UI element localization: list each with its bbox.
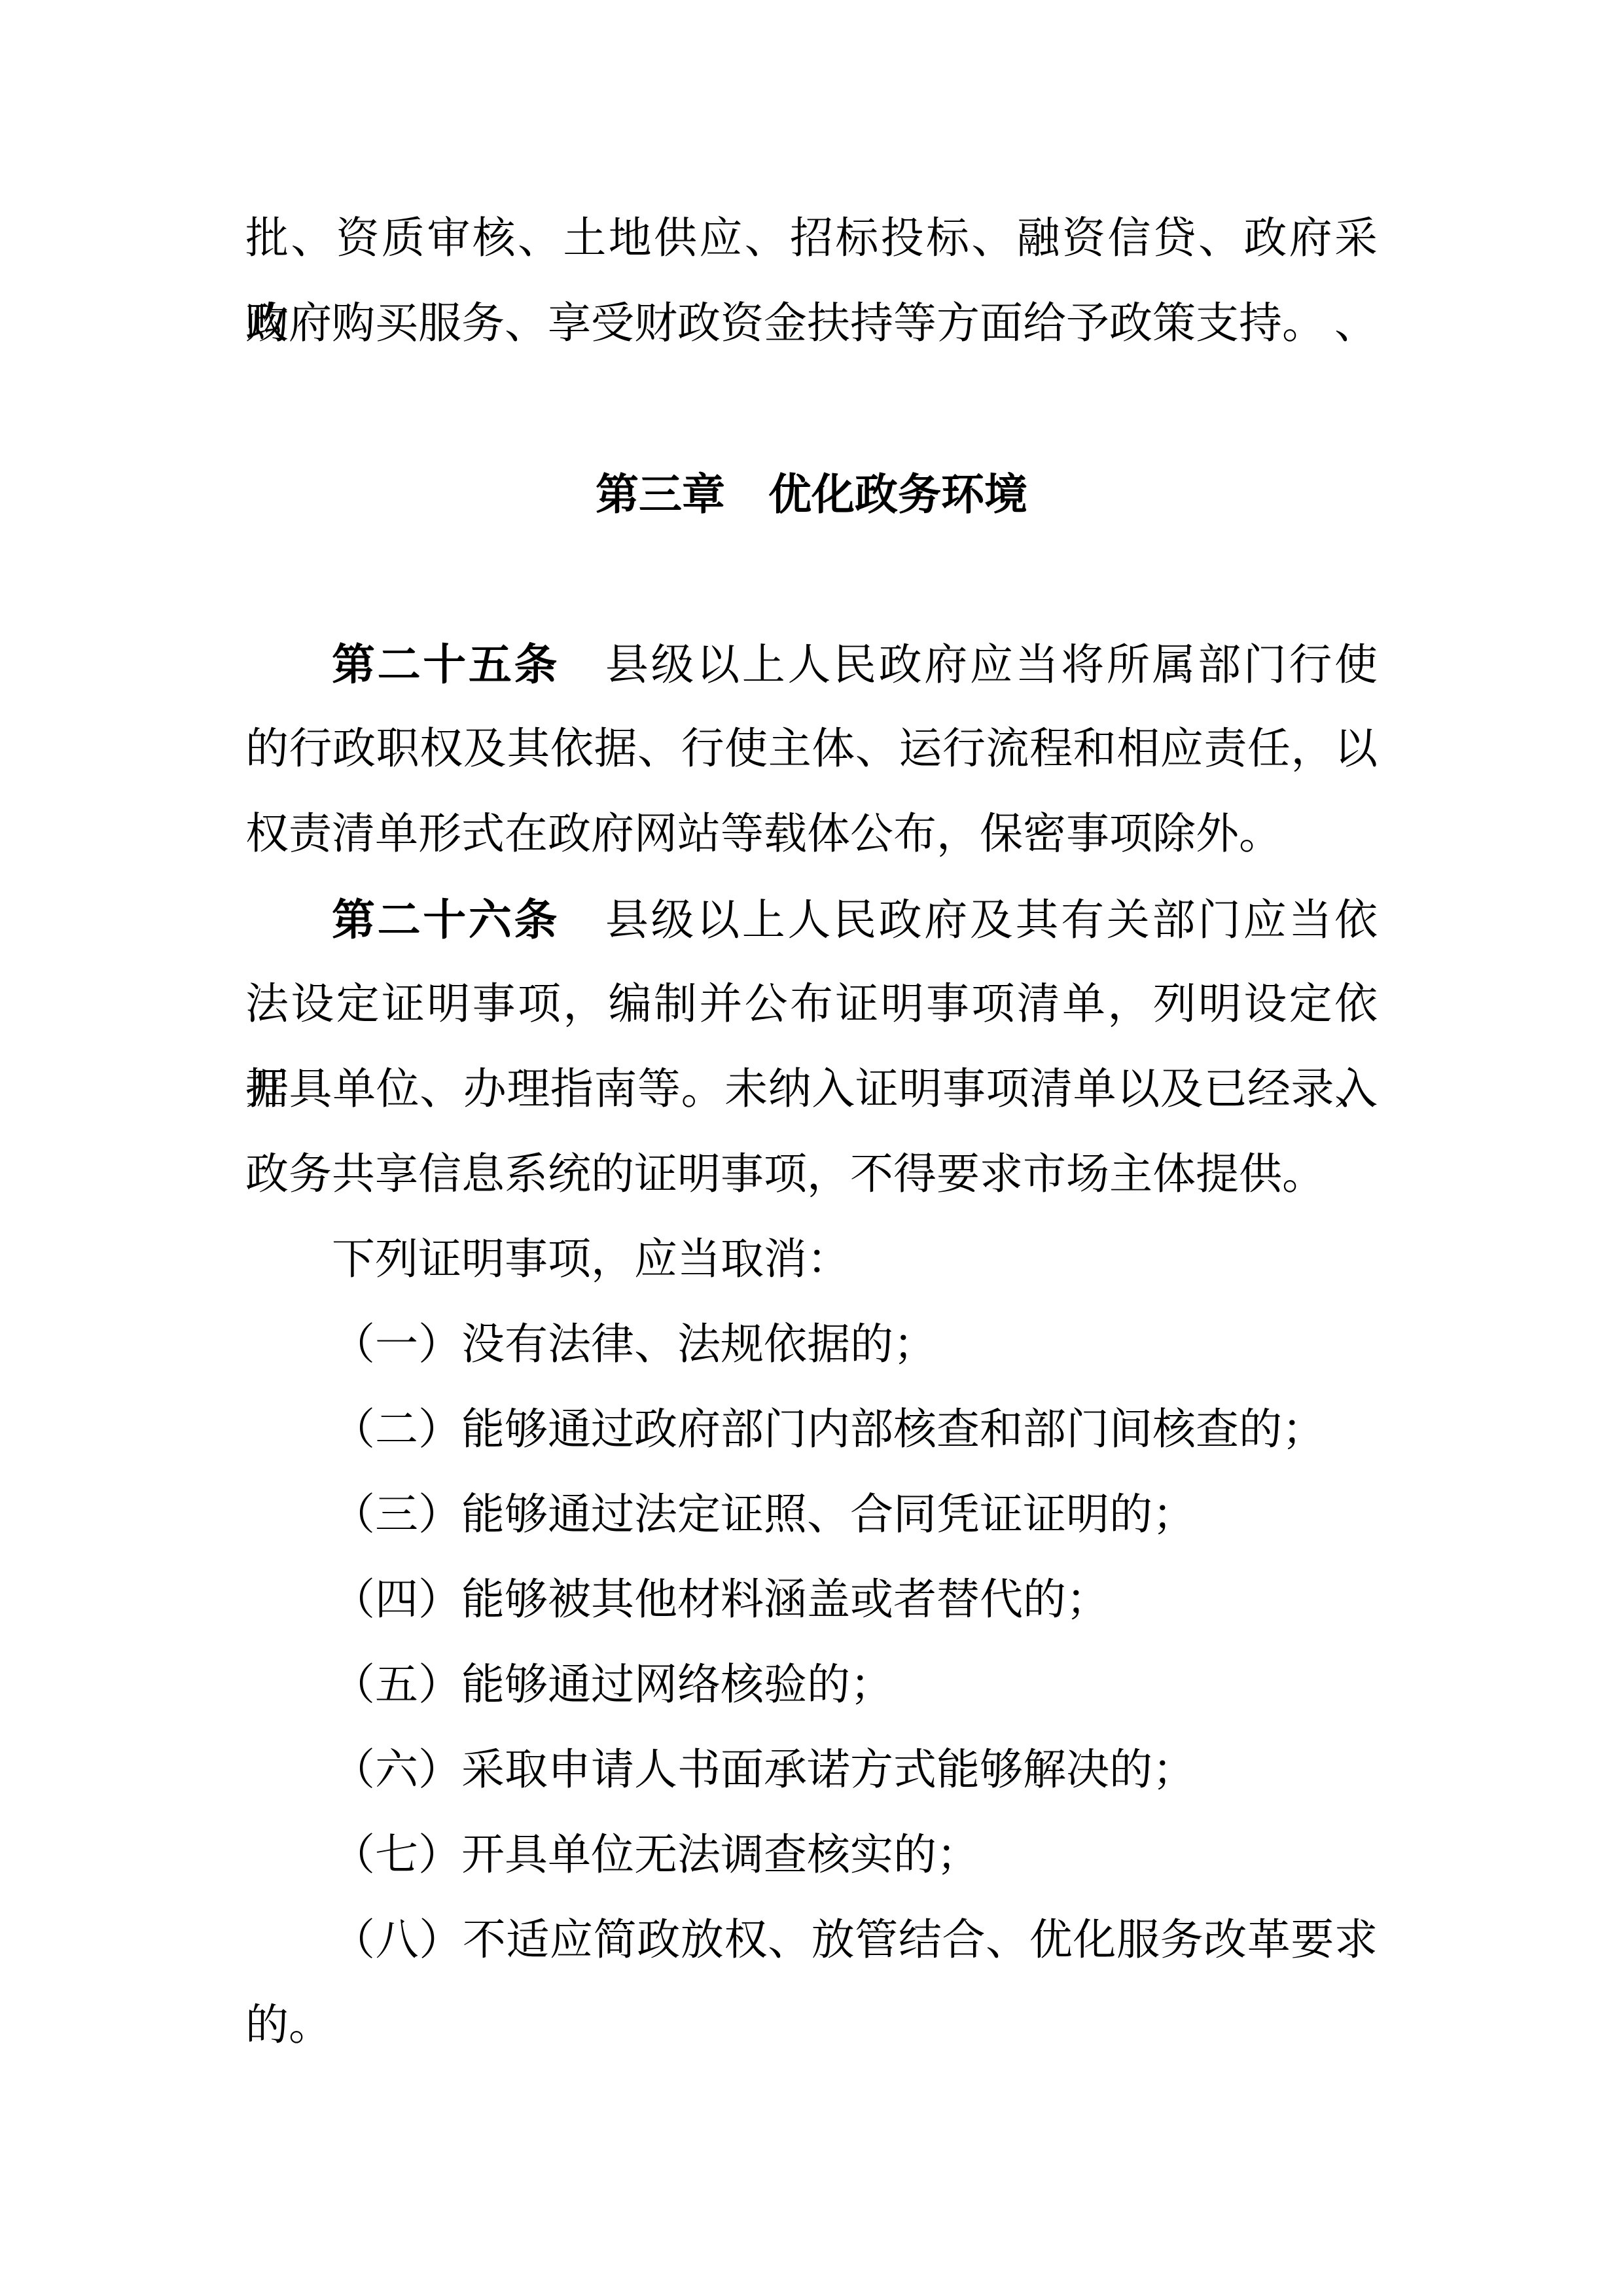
cancel-item-8: （八）不适应简政放权、放管结合、优化服务改革要求 bbox=[245, 1898, 1378, 1983]
article-26-line-4: 政务共享信息系统的证明事项，不得要求市场主体提供。 bbox=[245, 1132, 1378, 1217]
cancel-item-4: （四）能够被其他材料涵盖或者替代的； bbox=[245, 1558, 1378, 1643]
page-background: 批、资质审核、土地供应、招标投标、融资信贷、政府采购、 政府购买服务、享受财政资… bbox=[0, 0, 1623, 2296]
article-25-body: 县级以上人民政府应当将所属部门行使 bbox=[560, 641, 1378, 689]
cancel-item-6: （六）采取申请人书面承诺方式能够解决的； bbox=[245, 1728, 1378, 1813]
article-25-line-1: 第二十五条 县级以上人民政府应当将所属部门行使 bbox=[245, 622, 1378, 707]
cancel-item-5: （五）能够通过网络核验的； bbox=[245, 1643, 1378, 1728]
article-25-line-2: 的行政职权及其依据、行使主体、运行流程和相应责任，以 bbox=[245, 707, 1378, 792]
cancel-item-7: （七）开具单位无法调查核实的； bbox=[245, 1813, 1378, 1898]
article-25-line-3: 权责清单形式在政府网站等载体公布，保密事项除外。 bbox=[245, 792, 1378, 877]
article-25-number: 第二十五条 bbox=[332, 640, 560, 689]
cancel-item-3: （三）能够通过法定证照、合同凭证证明的； bbox=[245, 1473, 1378, 1558]
cancel-item-1: （一）没有法律、法规依据的； bbox=[245, 1302, 1378, 1388]
cancel-item-2: （二）能够通过政府部门内部核查和部门间核查的； bbox=[245, 1388, 1378, 1473]
document-text-block: 批、资质审核、土地供应、招标投标、融资信贷、政府采购、 政府购买服务、享受财政资… bbox=[245, 196, 1378, 2068]
document-page: { "page": { "background": "#ffffff", "te… bbox=[0, 0, 1623, 2296]
article-26-line-3: 开具单位、办理指南等。未纳入证明事项清单以及已经录入 bbox=[245, 1047, 1378, 1132]
paragraph-continuation-line-2: 政府购买服务、享受财政资金扶持等方面给予政策支持。 bbox=[245, 281, 1378, 367]
article-26-line-1: 第二十六条 县级以上人民政府及其有关部门应当依 bbox=[245, 877, 1378, 962]
cancel-list-intro: 下列证明事项，应当取消： bbox=[245, 1217, 1378, 1302]
chapter-heading: 第三章 优化政务环境 bbox=[245, 452, 1378, 537]
article-26-number: 第二十六条 bbox=[332, 895, 560, 944]
cancel-item-8-continuation: 的。 bbox=[245, 1983, 1378, 2068]
article-26-body: 县级以上人民政府及其有关部门应当依 bbox=[560, 897, 1378, 944]
article-26-line-2: 法设定证明事项，编制并公布证明事项清单，列明设定依据、 bbox=[245, 962, 1378, 1047]
paragraph-continuation-line-1: 批、资质审核、土地供应、招标投标、融资信贷、政府采购、 bbox=[245, 196, 1378, 281]
